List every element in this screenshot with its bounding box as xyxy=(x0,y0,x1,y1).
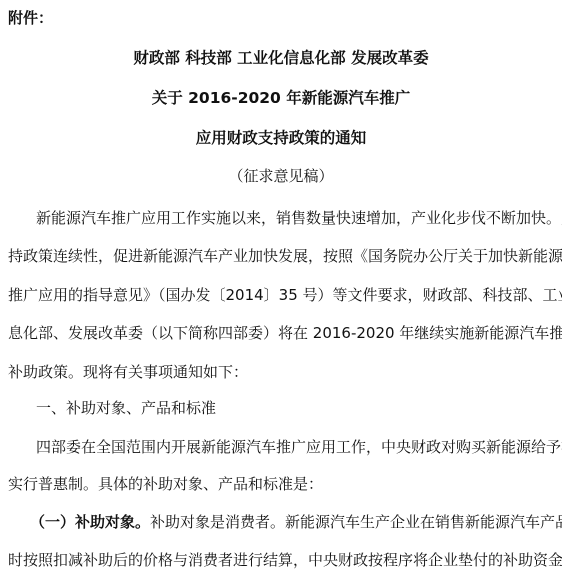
draft-subtitle: （征求意见稿） xyxy=(0,166,562,186)
title-line-1: 财政部 科技部 工业化信息化部 发展改革委 xyxy=(0,48,562,68)
intro-line-3: 推广应用的指导意见》（国办发〔2014〕35 号）等文件要求，财政部、科技部、工… xyxy=(8,285,554,305)
item-1-line-2: 时按照扣减补助后的价格与消费者进行结算，中央财政按程序将企业垫付的补助资金再拨 xyxy=(8,550,554,569)
section-1-para-line-2: 实行普惠制。具体的补助对象、产品和标准是： xyxy=(8,474,554,494)
item-1-line-1: （一）补助对象。补助对象是消费者。新能源汽车生产企业在销售新能源汽车产品 xyxy=(30,512,554,532)
item-1-lead: （一）补助对象。 xyxy=(30,513,150,531)
title-line-2: 关于 2016-2020 年新能源汽车推广 xyxy=(0,88,562,108)
intro-line-5: 补助政策。现将有关事项通知如下： xyxy=(8,362,554,382)
intro-line-4: 息化部、发展改革委（以下简称四部委）将在 2016-2020 年继续实施新能源汽… xyxy=(8,323,554,343)
intro-line-2: 持政策连续性，促进新能源汽车产业加快发展，按照《国务院办公厅关于加快新能源汽车 xyxy=(8,246,554,266)
attachment-label: 附件： xyxy=(8,8,554,28)
intro-line-1: 新能源汽车推广应用工作实施以来，销售数量快速增加，产业化步伐不断加快。为保 xyxy=(36,208,554,228)
item-1-text-1: 补助对象是消费者。新能源汽车生产企业在销售新能源汽车产品 xyxy=(150,513,562,531)
title-line-3: 应用财政支持政策的通知 xyxy=(0,128,562,148)
section-1-heading: 一、补助对象、产品和标准 xyxy=(36,398,554,418)
section-1-para-line-1: 四部委在全国范围内开展新能源汽车推广应用工作，中央财政对购买新能源给予补助， xyxy=(36,437,554,457)
